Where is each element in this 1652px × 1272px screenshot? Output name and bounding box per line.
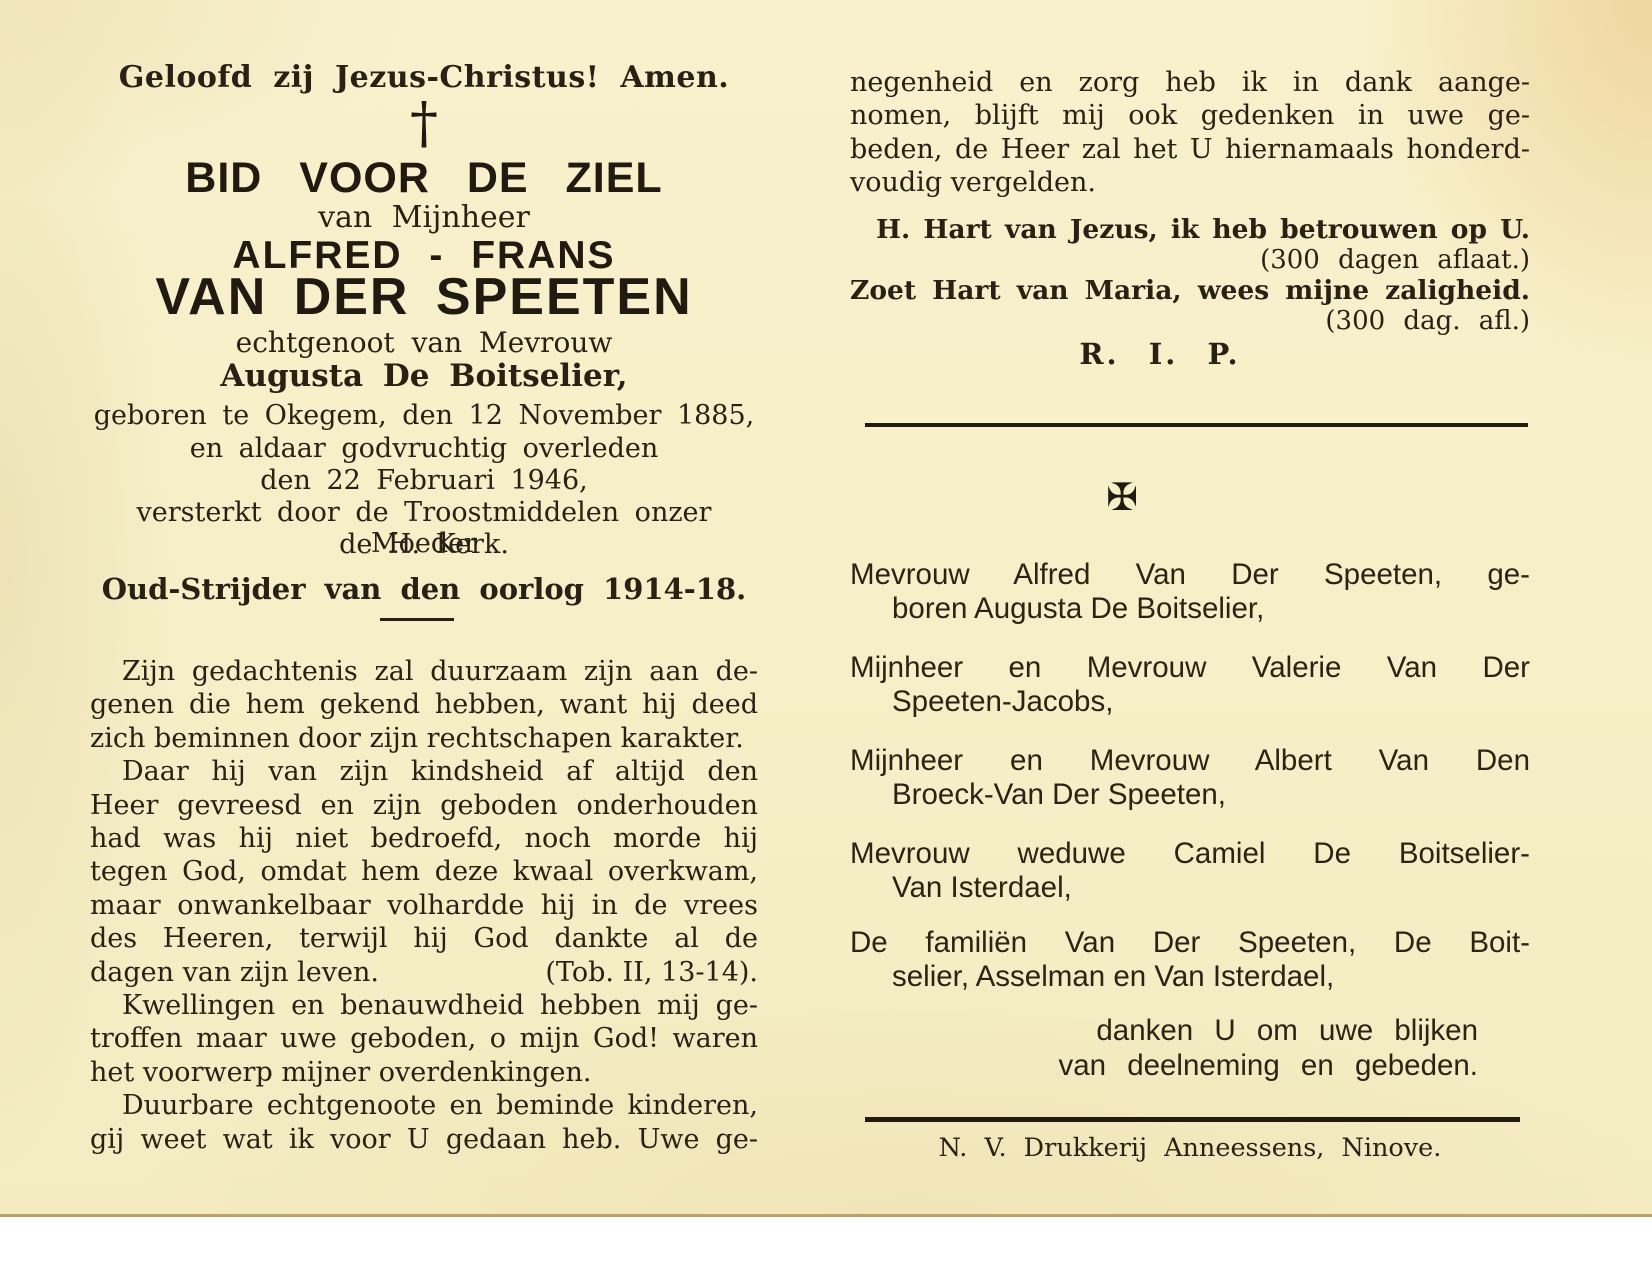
family-item-line: Mevrouw weduwe Camiel De Boitselier- — [850, 837, 1530, 871]
continuation-line: negenheid en zorg heb ik in dank aange- — [850, 66, 1530, 99]
thanks-line: danken U om uwe blijken — [850, 1014, 1478, 1049]
deceased-honorific: van Mijnheer — [90, 200, 758, 235]
family-item-line: selier, Asselman en Van Isterdael, — [850, 960, 1530, 994]
maltese-cross-icon: ✠ — [1097, 477, 1147, 517]
spouse-intro: echtgenoot van Mevrouw — [90, 326, 758, 359]
family-item-line: Broeck-Van Der Speeten, — [850, 778, 1530, 812]
memorial-line: maar onwankelbaar volhardde hij in de vr… — [90, 889, 758, 922]
memorial-line: genen die hem gekend hebben, want hij de… — [90, 688, 758, 721]
family-item: Mevrouw weduwe Camiel De Boitselier- Van… — [850, 837, 1530, 904]
spouse-name: Augusta De Boitselier, — [90, 358, 758, 394]
family-item-line: Mijnheer en Mevrouw Valerie Van Der — [850, 651, 1530, 685]
birth-line: geboren te Okegem, den 12 November 1885, — [90, 400, 758, 431]
paper: Geloofd zij Jezus-Christus! Amen. † BID … — [0, 0, 1652, 1217]
family-item: Mevrouw Alfred Van Der Speeten, ge- bore… — [850, 558, 1530, 625]
memorial-line: tegen God, omdat hem deze kwaal overkwam… — [90, 855, 758, 888]
death-line-1: en aldaar godvruchtig overleden — [90, 433, 758, 464]
memorial-line: gij weet wat ik voor U gedaan heb. Uwe g… — [90, 1123, 758, 1156]
family-item-line: Mijnheer en Mevrouw Albert Van Den — [850, 744, 1530, 778]
tobias-reference: (Tob. II, 13-14). — [545, 956, 758, 989]
family-item-line: Van Isterdael, — [850, 871, 1530, 905]
family-item: Mijnheer en Mevrouw Valerie Van Der Spee… — [850, 651, 1530, 718]
veteran-line: Oud-Strijder van den oorlog 1914-18. — [90, 572, 758, 606]
memorial-line-text: dagen van zijn leven. — [90, 956, 379, 989]
continuation-line: nomen, blijft mij ook gedenken in uwe ge… — [850, 99, 1530, 132]
continuation-line: voudig vergelden. — [850, 166, 1530, 199]
memorial-line: had was hij niet bedroefd, noch morde hi… — [90, 822, 758, 855]
thanks-line: van deelneming en gebeden. — [850, 1049, 1478, 1084]
family-item-line: Speeten-Jacobs, — [850, 685, 1530, 719]
continuation-text: negenheid en zorg heb ik in dank aange- … — [850, 66, 1530, 200]
memorial-text: Zijn gedachtenis zal duurzaam zijn aan d… — [90, 655, 758, 1156]
family-item-line: boren Augusta De Boitselier, — [850, 592, 1530, 626]
family-item-line: Mevrouw Alfred Van Der Speeten, ge- — [850, 558, 1530, 592]
family-item: Mijnheer en Mevrouw Albert Van Den Broec… — [850, 744, 1530, 811]
divider-dash — [380, 618, 454, 621]
separator-rule-top — [865, 423, 1528, 427]
scanned-memorial-card: Geloofd zij Jezus-Christus! Amen. † BID … — [0, 0, 1652, 1272]
indulgence-note-1: (300 dagen aflaat.) — [850, 245, 1568, 275]
sacraments-line-2: de H. Kerk. — [90, 529, 758, 560]
thanks-block: danken U om uwe blijken van deelneming e… — [850, 1014, 1530, 1083]
memorial-line: troffen maar uwe geboden, o mijn God! wa… — [90, 1022, 758, 1055]
memorial-line: Heer gevreesd en zijn geboden onderhoude… — [90, 789, 758, 822]
memorial-line: het voorwerp mijner overdenkingen. — [90, 1056, 758, 1089]
rip-line: R. I. P. — [850, 337, 1470, 371]
memorial-line: dagen van zijn leven. (Tob. II, 13-14). — [90, 956, 758, 989]
memorial-line: Kwellingen en benauwdheid hebben mij ge- — [90, 989, 758, 1022]
memorial-line: Duurbare echtgenoote en beminde kinderen… — [90, 1089, 758, 1122]
latin-cross-icon: † — [90, 96, 758, 152]
memorial-line: zich beminnen door zijn rechtschapen kar… — [90, 722, 758, 755]
memorial-line: Daar hij van zijn kindsheid af altijd de… — [90, 755, 758, 788]
prayer-maria-line: Zoet Hart van Maria, wees mijne zalighei… — [850, 275, 1530, 306]
prayer-jesus-line: H. Hart van Jezus, ik heb betrouwen op U… — [850, 214, 1530, 245]
separator-rule-bottom — [865, 1117, 1520, 1122]
indulgence-note-2: (300 dag. afl.) — [850, 306, 1588, 336]
death-line-2: den 22 Februari 1946, — [90, 465, 758, 496]
memorial-line: des Heeren, terwijl hij God dankte al de — [90, 922, 758, 955]
praise-line: Geloofd zij Jezus-Christus! Amen. — [90, 60, 758, 95]
family-item-line: De familiën Van Der Speeten, De Boit- — [850, 926, 1530, 960]
card-title: BID VOOR DE ZIEL — [90, 156, 758, 200]
continuation-line: beden, de Heer zal het U hiernamaals hon… — [850, 133, 1530, 166]
printer-credit: N. V. Drukkerij Anneessens, Ninove. — [850, 1133, 1530, 1163]
deceased-surname: VAN DER SPEETEN — [90, 270, 758, 324]
memorial-line: Zijn gedachtenis zal duurzaam zijn aan d… — [90, 655, 758, 688]
family-item: De familiën Van Der Speeten, De Boit- se… — [850, 926, 1530, 993]
